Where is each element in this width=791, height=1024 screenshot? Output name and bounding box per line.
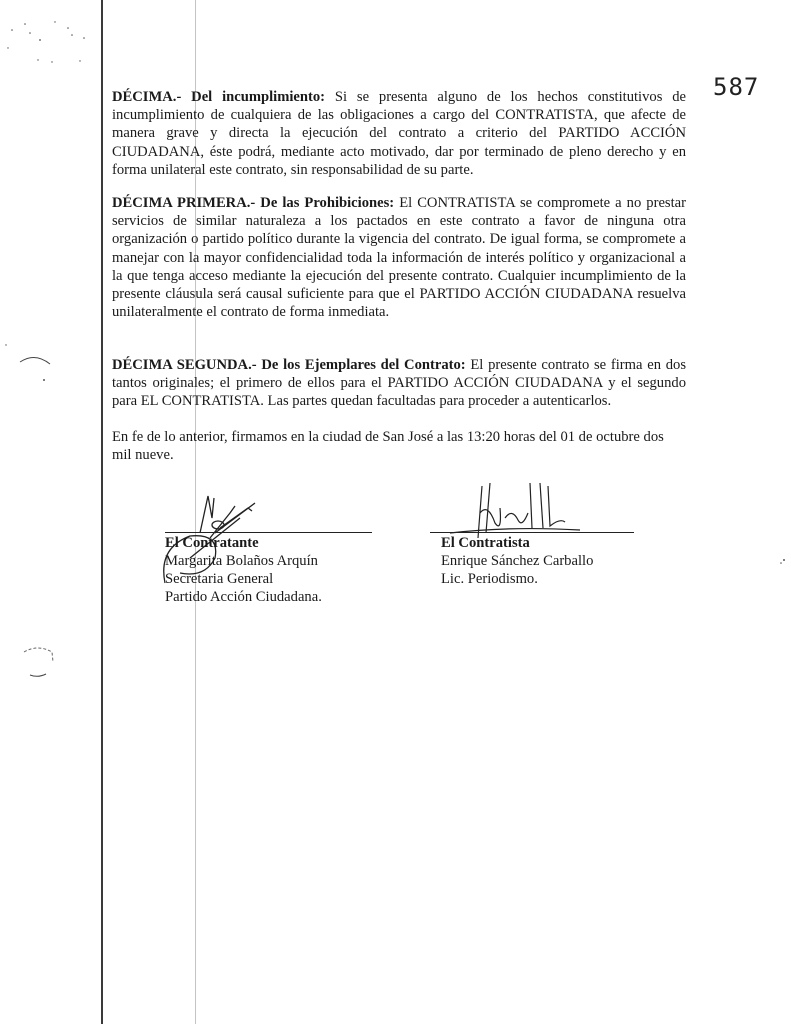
signatory-name: Enrique Sánchez Carballo [441,552,593,570]
signature-block-contratista: El Contratista Enrique Sánchez Carballo … [441,534,593,588]
signatory-name: Margarita Bolaños Arquín [165,552,322,570]
closing-statement: En fe de lo anterior, firmamos en la ciu… [112,428,686,464]
clause-text: El CONTRATISTA se compromete a no presta… [112,195,686,320]
signature-title: El Contratante [165,534,322,552]
signatory-role: Secretaria General [165,570,322,588]
clause-decima-segunda: DÉCIMA SEGUNDA.- De los Ejemplares del C… [112,356,686,411]
signature-line-left [165,532,372,533]
clause-heading: DÉCIMA SEGUNDA.- De los Ejemplares del C… [112,357,466,373]
signature-block-contratante: El Contratante Margarita Bolaños Arquín … [165,534,322,606]
clause-decima-primera: DÉCIMA PRIMERA.- De las Prohibiciones: E… [112,194,686,321]
signature-line-right [430,532,634,533]
clause-heading: DÉCIMA PRIMERA.- De las Prohibiciones: [112,195,394,211]
clause-decima: DÉCIMA.- Del incumplimiento: Si se prese… [112,88,686,179]
clause-heading: DÉCIMA.- Del incumplimiento: [112,89,325,105]
page-number: 587 [713,73,759,101]
signature-title: El Contratista [441,534,593,552]
signatory-organization: Partido Acción Ciudadana. [165,588,322,606]
signatory-role: Lic. Periodismo. [441,570,593,588]
